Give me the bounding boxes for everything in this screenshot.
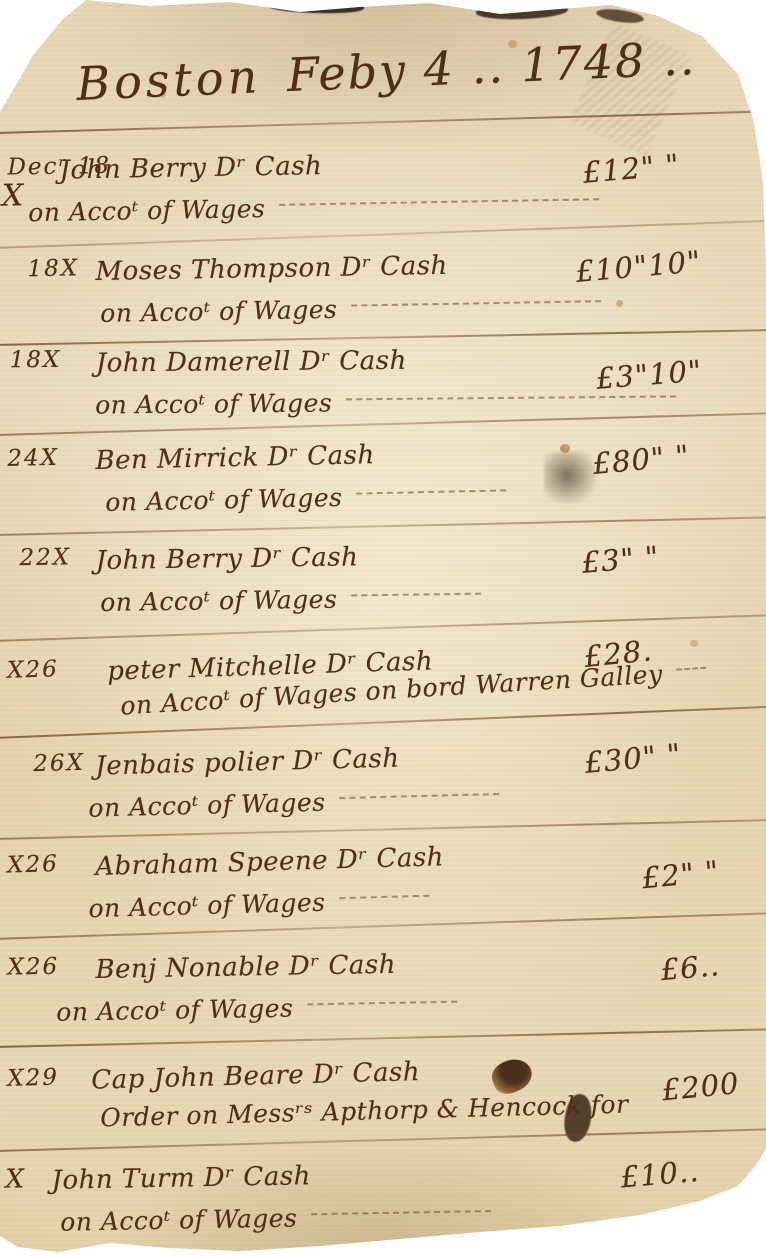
entry-account-line: on Accoᵗ of Wages	[88, 788, 326, 823]
ledger-entry: 18X Moses Thompson Dʳ Cash £10"10" on Ac…	[0, 241, 766, 350]
entry-account-line: Order on Messʳˢ Apthorp & Hencock for	[100, 1090, 629, 1133]
dash-filler	[351, 300, 601, 308]
dash-filler	[676, 667, 706, 673]
entry-account-line: on Accoᵗ of Wages	[60, 1203, 298, 1236]
entry-amount: £10..	[619, 1154, 700, 1195]
dash-filler	[351, 593, 481, 599]
dash-filler	[346, 395, 676, 402]
entry-account-line: on Accoᵗ of Wages	[95, 388, 332, 419]
entry-amount: £6..	[659, 948, 721, 987]
ledger-entry: 24X Ben Mirrick Dʳ Cash £80" " on Accoᵗ …	[0, 428, 766, 540]
entry-amount: £80" "	[591, 438, 691, 481]
ink-smudge	[268, 0, 364, 14]
entry-account-line: on Accoᵗ of Wages	[100, 295, 338, 328]
ledger-entry: 22X John Berry Dʳ Cash £3" " on Accoᵗ of…	[0, 533, 766, 640]
page-header: BostonFeby 4 .. 1748 ..	[75, 31, 697, 111]
dash-filler	[339, 895, 429, 902]
ledger-entry: X John Turm Dʳ Cash £10.. on Accoᵗ of Wa…	[0, 1149, 766, 1256]
dash-filler	[279, 198, 599, 208]
entry-account-line: on Accoᵗ of Wages	[28, 194, 266, 227]
entry-account-line: on Accoᵗ of Wages	[105, 483, 343, 517]
entry-debit-line: Benj Nonable Dʳ Cash	[0, 939, 766, 986]
entry-account-line: on Accoᵗ of Wages	[56, 994, 294, 1027]
dash-filler	[356, 489, 506, 496]
entry-account-line: on Accoᵗ of Wages	[100, 585, 338, 617]
manuscript-page: BostonFeby 4 .. 1748 .. Decʳ 18 X John B…	[0, 0, 766, 1256]
ruled-line	[0, 110, 766, 134]
entry-amount: £12" "	[581, 147, 681, 189]
ink-smudge	[595, 7, 644, 26]
ledger-entry: X26 Abraham Speene Dʳ Cash £2" " on Acco…	[0, 829, 766, 946]
header-place: Boston	[75, 49, 262, 111]
ledger-entry: Decʳ 18 X John Berry Dʳ Cash £12" " on A…	[0, 139, 766, 248]
entry-amount: £3" "	[581, 539, 661, 579]
ledger-entry: 26X Jenbais polier Dʳ Cash £30" " on Acc…	[0, 730, 766, 846]
header-date: Feby 4 .. 1748 ..	[286, 31, 697, 102]
ledger-entry: X29 Cap John Beare Dʳ Cash £200 Order on…	[0, 1044, 766, 1160]
ledger-entry: X26 Benj Nonable Dʳ Cash £6.. on Accoᵗ o…	[0, 939, 766, 1048]
ink-smudge	[476, 1, 569, 20]
ledger-entry: 18X John Damerell Dʳ Cash £3"10" on Acco…	[0, 339, 766, 442]
dash-filler	[307, 1001, 457, 1008]
dash-filler	[311, 1210, 491, 1217]
dash-filler	[339, 793, 499, 801]
entry-account-line: on Accoᵗ of Wages	[88, 888, 326, 924]
